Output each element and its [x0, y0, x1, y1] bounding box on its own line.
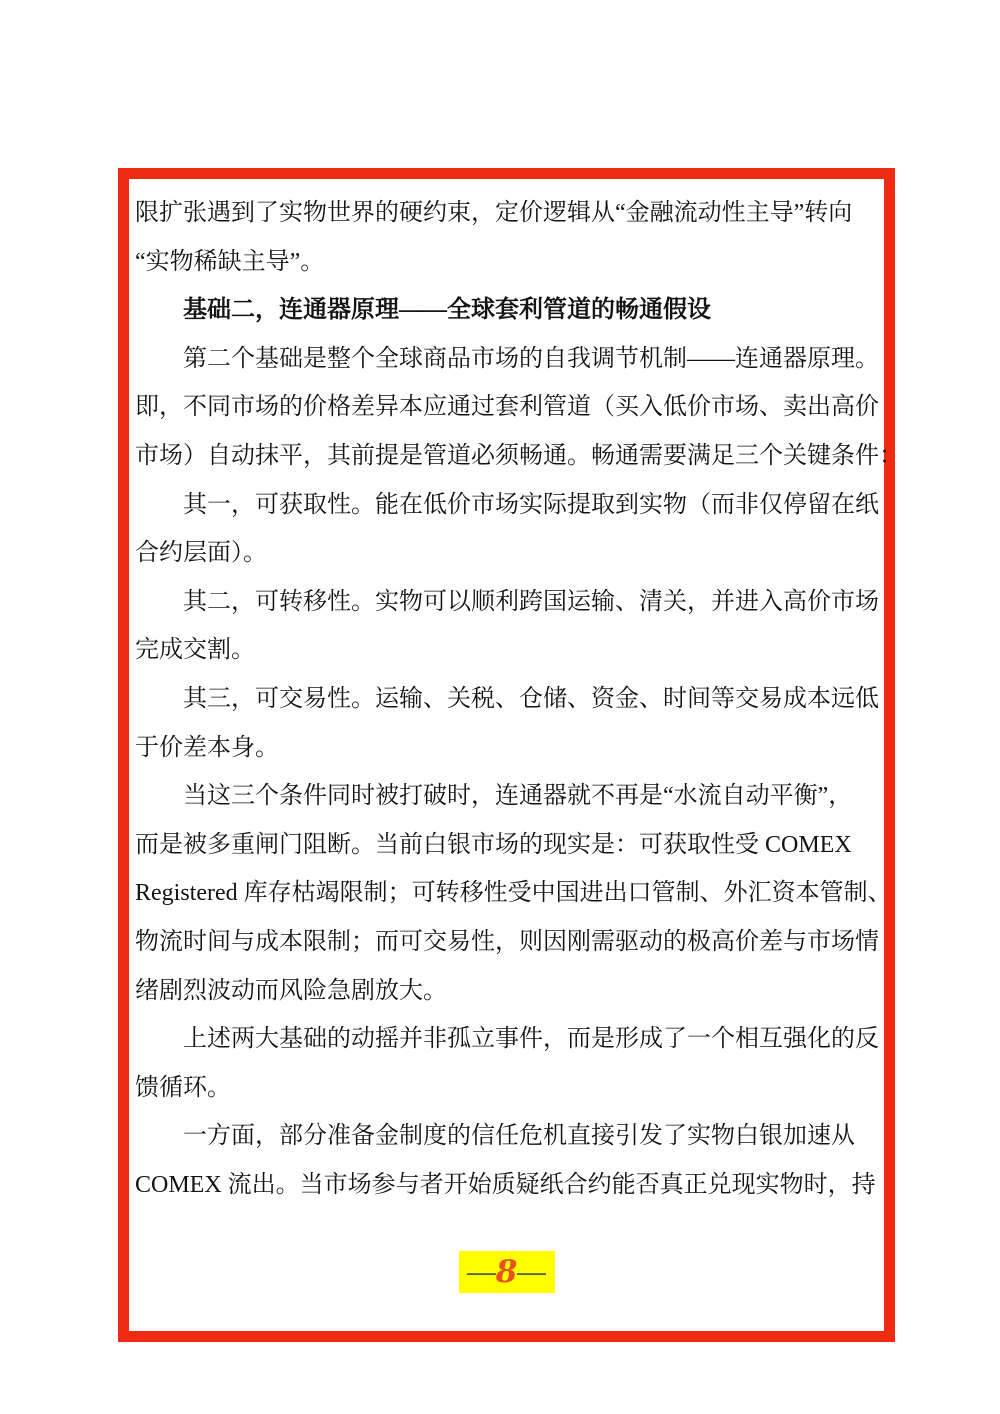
- text-line: 第二个基础是整个全球商品市场的自我调节机制——连通器原理。: [135, 335, 878, 384]
- text-line: 当这三个条件同时被打破时，连通器就不再是“水流自动平衡”，: [135, 772, 878, 821]
- text-line: 其二，可转移性。实物可以顺利跨国运输、清关，并进入高价市场: [135, 578, 878, 627]
- text-line: 于价差本身。: [135, 724, 878, 773]
- text-line: “实物稀缺主导”。: [135, 238, 878, 287]
- text-line: 即，不同市场的价格差异本应通过套利管道（买入低价市场、卖出高价: [135, 383, 878, 432]
- text-line: 市场）自动抹平，其前提是管道必须畅通。畅通需要满足三个关键条件：: [135, 432, 878, 481]
- page-number: 8: [496, 1257, 518, 1288]
- text-line: 而是被多重闸门阻断。当前白银市场的现实是：可获取性受 COMEX: [135, 821, 878, 870]
- text-line: 其一，可获取性。能在低价市场实际提取到实物（而非仅停留在纸: [135, 481, 878, 530]
- text-line: 一方面，部分准备金制度的信任危机直接引发了实物白银加速从: [135, 1112, 878, 1161]
- footer-left-dash: —: [467, 1260, 496, 1285]
- text-line: 馈循环。: [135, 1064, 878, 1113]
- footer-right-dash: —: [517, 1260, 546, 1285]
- text-line: 合约层面）。: [135, 529, 878, 578]
- section-heading-line: 基础二，连通器原理——全球套利管道的畅通假设: [135, 286, 878, 335]
- page-number-highlight: — 8 —: [459, 1251, 555, 1293]
- text-line: 物流时间与成本限制；而可交易性，则因刚需驱动的极高价差与市场情: [135, 918, 878, 967]
- text-line: Registered 库存枯竭限制；可转移性受中国进出口管制、外汇资本管制、: [135, 869, 878, 918]
- text-line: 限扩张遇到了实物世界的硬约束，定价逻辑从“金融流动性主导”转向: [135, 189, 878, 238]
- document-page: 限扩张遇到了实物世界的硬约束，定价逻辑从“金融流动性主导”转向 “实物稀缺主导”…: [0, 0, 1000, 1414]
- text-block: 限扩张遇到了实物世界的硬约束，定价逻辑从“金融流动性主导”转向 “实物稀缺主导”…: [135, 189, 878, 1209]
- text-line: 其三，可交易性。运输、关税、仓储、资金、时间等交易成本远低: [135, 675, 878, 724]
- text-line: 绪剧烈波动而风险急剧放大。: [135, 967, 878, 1016]
- text-line: 上述两大基础的动摇并非孤立事件，而是形成了一个相互强化的反: [135, 1015, 878, 1064]
- page-footer: — 8 —: [135, 1251, 878, 1293]
- text-line: COMEX 流出。当市场参与者开始质疑纸合约能否真正兑现实物时，持: [135, 1161, 878, 1210]
- text-line: 完成交割。: [135, 626, 878, 675]
- page-red-frame: 限扩张遇到了实物世界的硬约束，定价逻辑从“金融流动性主导”转向 “实物稀缺主导”…: [118, 168, 895, 1342]
